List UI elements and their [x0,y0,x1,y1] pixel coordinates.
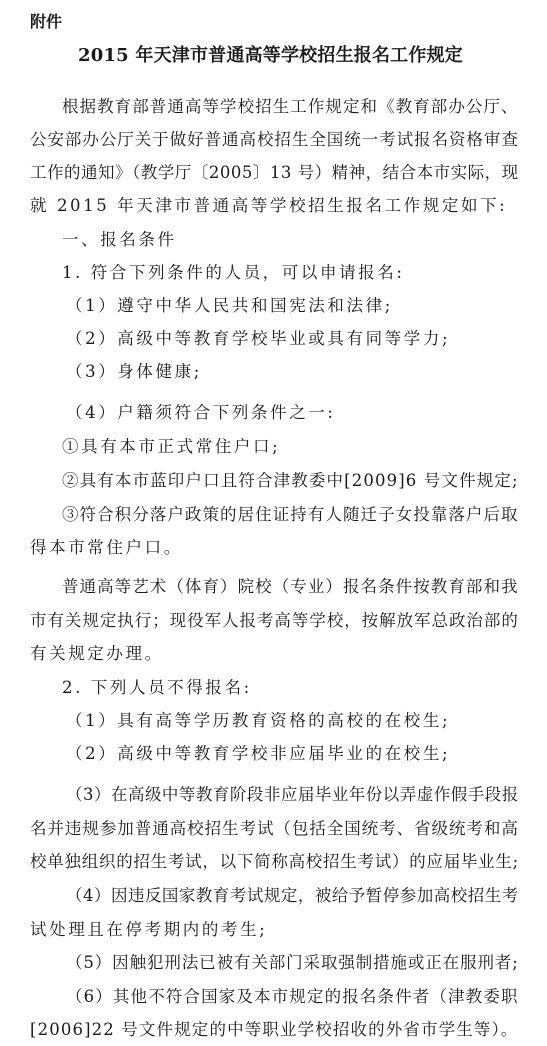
body-line: 校单独组织的招生考试，以下简称高校招生考试）的应届毕业生; [30,851,519,873]
body-line: ③符合积分落户政策的居住证持有人随迁子女投靠落户后取 [62,504,519,526]
body-line: （3）在高级中等教育阶段非应届毕业年份以弄虚作假手段报 [66,784,519,806]
body-line: （4）因违反国家教育考试规定，被给予暂停参加高校招生考 [66,885,519,907]
body-line: （2）高级中等教育学校非应届毕业的在校生; [66,743,450,765]
body-line: 得本市常住户口。 [30,537,183,559]
body-line: （2）高级中等教育学校毕业或具有同等学力; [66,328,450,350]
attachment-label: 附件 [30,11,62,33]
body-line: ①具有本市正式常住户口; [62,436,280,458]
body-line: （5）因触犯刑法已被有关部门采取强制措施或正在服刑者; [66,952,519,974]
body-line: 根据教育部普通高等学校招生工作规定和《教育部办公厅、 [62,96,519,118]
body-line: （6）其他不符合国家及本市规定的报名条件者（津教委职 [66,986,519,1008]
body-line: ②具有本市蓝印户口且符合津教委中[2009]6 号文件规定; [62,470,519,492]
body-line: 2. 下列人员不得报名: [62,677,252,699]
body-line: 1. 符合下列条件的人员，可以申请报名: [62,262,405,284]
body-line: 有关规定办理。 [30,643,164,665]
body-line: （3）身体健康; [66,361,202,383]
body-line: 公安部办公厅关于做好普通高校招生全国统一考试报名资格审查 [30,129,519,151]
body-line: 试处理且在停考期内的考生; [30,919,267,941]
body-line: 一、报名条件 [62,229,177,251]
body-line: 市有关规定执行；现役军人报考高等学校，按解放军总政治部的 [30,610,519,632]
body-line: 工作的通知》（教学厅〔2005〕13 号）精神，结合本市实际，现 [30,162,519,184]
body-line: （1）具有高等学历教育资格的高校的在校生; [66,710,450,732]
body-line: 名并违规参加普通高校招生考试（包括全国统考、省级统考和高 [30,818,519,840]
body-line: 普通高等艺术（体育）院校（专业）报名条件按教育部和我 [62,576,519,598]
body-line: [2006]22 号文件规定的中等职业学校招收的外省市学生等）。 [30,1019,519,1041]
body-line: （1）遵守中华人民共和国宪法和法律; [66,295,393,317]
body-line: （4）户籍须符合下列条件之一: [66,402,336,424]
document-title: 2015 年天津市普通高等学校招生报名工作规定 [78,45,463,67]
body-line: 就 2015 年天津市普通高等学校招生报名工作规定如下: [30,195,507,217]
